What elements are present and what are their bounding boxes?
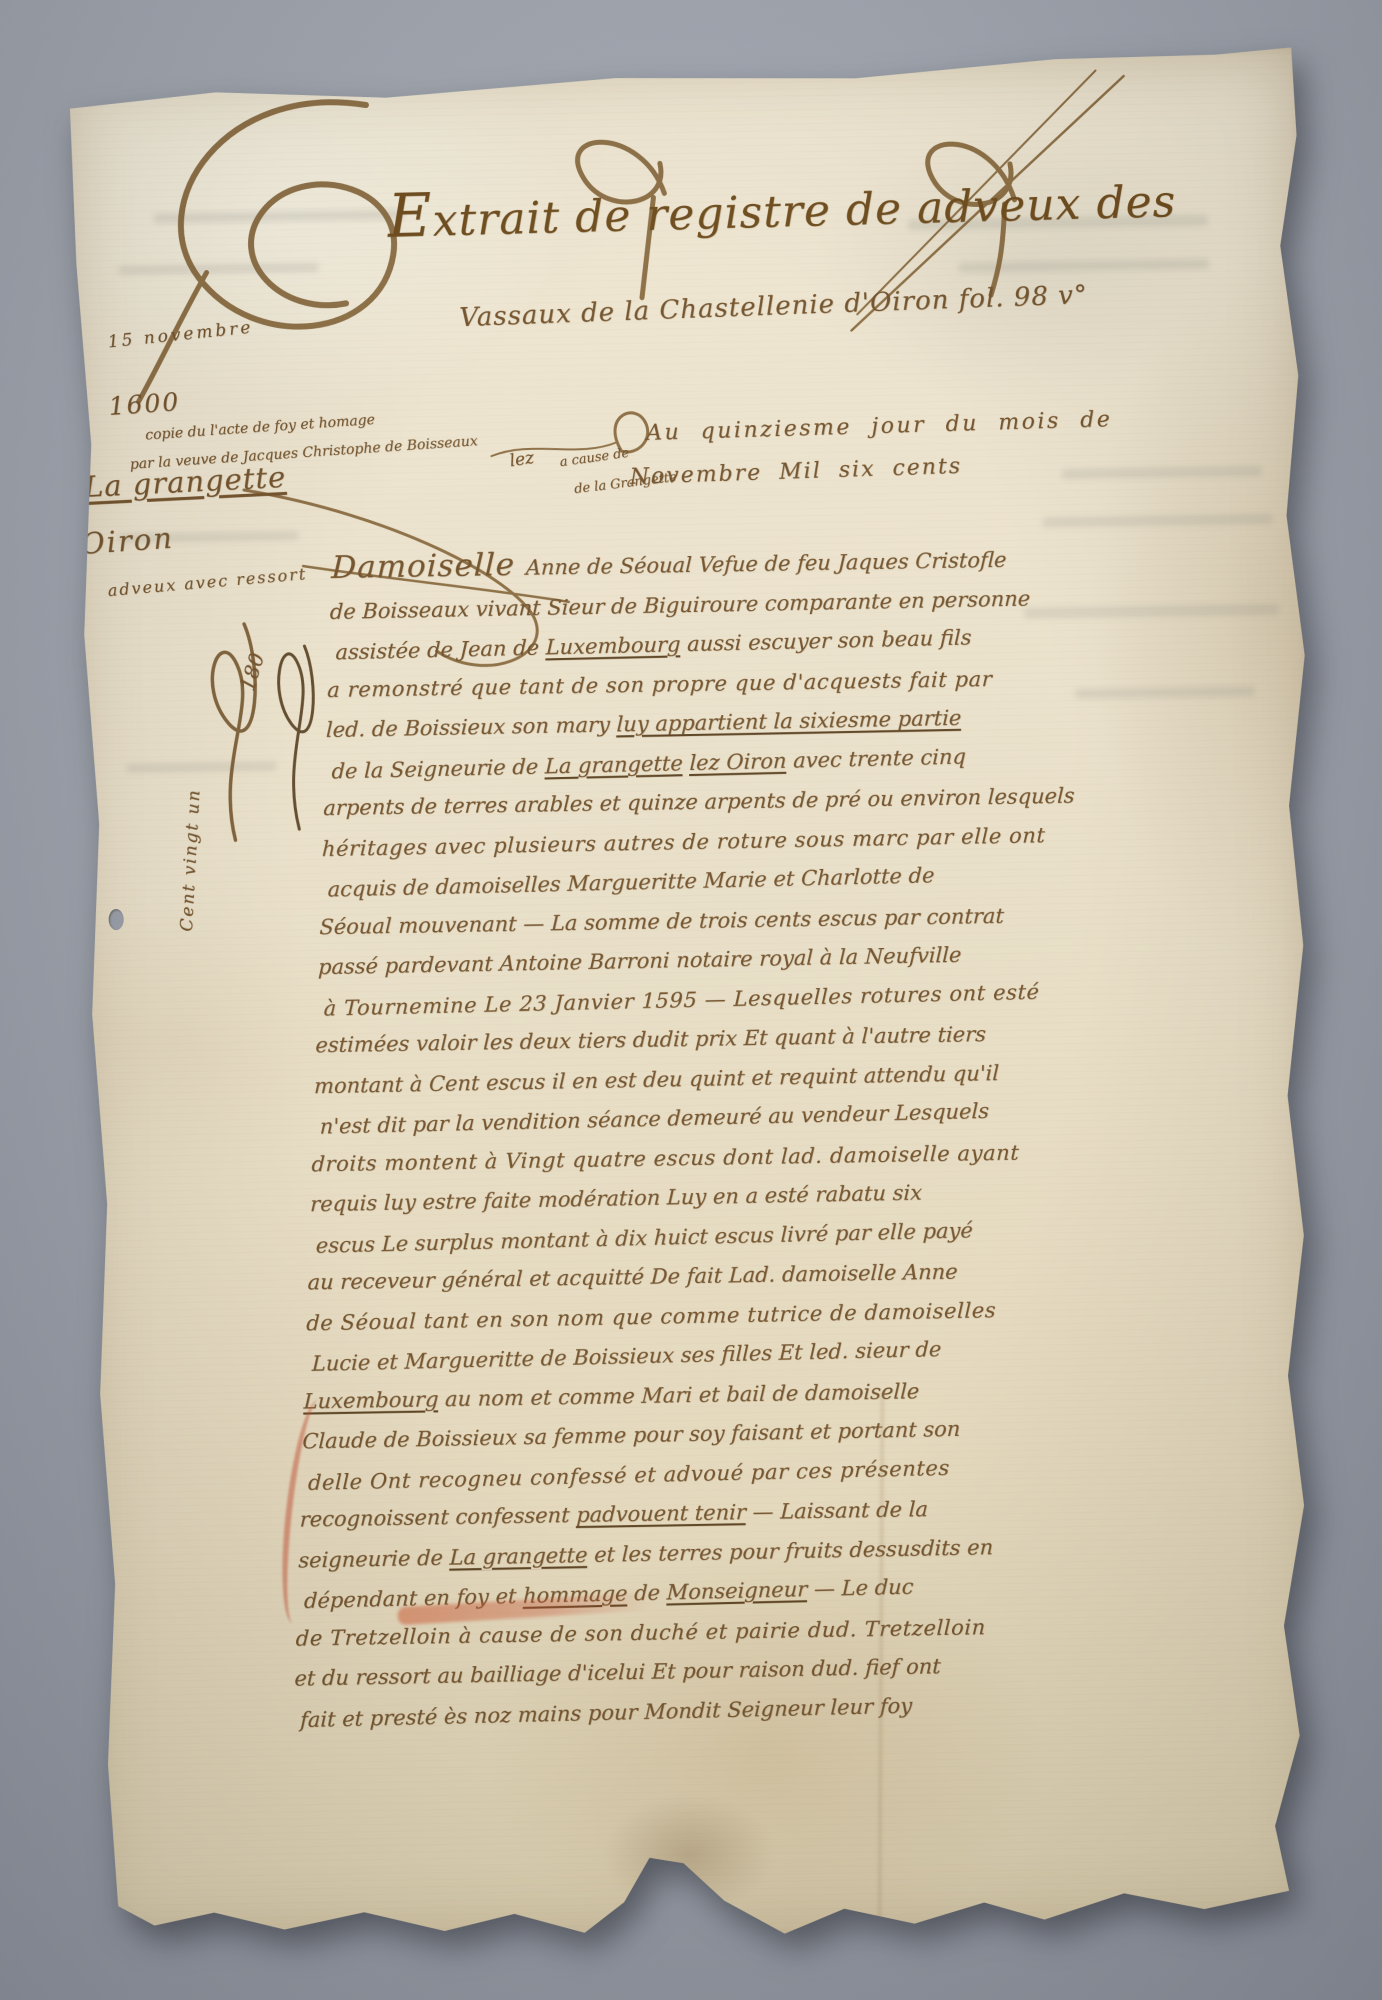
text-segment: arpents de terres arables et quinze arpe… [323,784,1075,820]
text-segment: aussi escuyer son beau fils [680,625,972,656]
margin-date: 15 novembre [107,318,254,353]
underlined-phrase: La grangette [449,1542,588,1569]
text-segment: estimées valoir les deux tiers dudit pri… [315,1022,986,1057]
photograph-of-manuscript: { "document": { "kind": "manuscript extr… [0,0,1382,2000]
margin-place-secondary: Oiron [80,521,175,561]
margin-vertical-note: Cent vingt un [177,788,205,932]
text-segment: delle Ont recogneu confessé et advoué pa… [308,1455,951,1494]
text-segment: et les terres pour fruits dessusdits en [587,1535,993,1567]
underlined-phrase: Monseigneur [666,1577,807,1604]
opening-line1: Au quinziesme jour du mois de [646,407,1113,446]
text-segment: droits montent à Vingt quatre escus dont… [311,1140,1020,1176]
text-segment: passé pardevant Antoine Barroni notaire … [318,943,962,979]
margin-type-note: adveux avec ressort [107,564,308,600]
text-segment: — Laissant de la [746,1497,929,1524]
bleed-through-line [126,762,276,773]
text-segment: assistée de Jean de [335,635,546,664]
text-segment: — Le duc [807,1575,914,1602]
bleed-through-line [1024,604,1279,619]
margin-cause-line1: a cause de [559,446,630,470]
manuscript-page: Extrait de registre de adveux des Vassau… [55,45,1329,1949]
bleed-through-line [958,259,1208,273]
manuscript-page-wrap: Extrait de registre de adveux des Vassau… [55,45,1329,1949]
margin-year: 1600 [108,387,181,421]
underlined-phrase: lez Oiron [689,748,787,774]
margin-note-line1: copie du l'acte de foy et homage [145,412,376,444]
text-segment: Claude de Boissieux sa femme pour soy fa… [302,1417,961,1454]
text-segment: au receveur général et acquitté De fait … [307,1260,958,1295]
body-text: Damoiselle Anne de Séoual Vefue de feu J… [292,536,1055,1739]
margin-paraph-2 [278,646,315,830]
bleed-through-line [154,209,404,223]
margin-numeral: 180 [235,650,269,694]
worm-hole [109,909,124,930]
text-segment: recognoissent confessent [299,1503,576,1532]
margin-lez: lez [508,448,535,472]
underlined-phrase: La grangette [545,751,684,778]
text-segment: escus Le surplus montant à dix huict esc… [315,1218,973,1257]
underlined-phrase: luy appartient la sixiesme partie [616,706,962,737]
text-segment: Anne de Séoual Vefue de feu Jaques Crist… [525,548,1007,580]
document-title: Extrait de registre de adveux des [387,161,1177,252]
text-segment: Damoiselle [331,547,527,586]
bleed-through-line [118,263,318,275]
bottom-tear-shadow [603,1794,775,1917]
text-segment: de la Seigneurie de [331,754,545,783]
text-segment: led. de Boissieux son mary [326,712,617,742]
text-segment: au nom et comme Mari et bail de damoisel… [438,1379,920,1411]
margin-place-name: La grangette [83,460,287,504]
text-segment: avec trente cinq [786,744,966,772]
text-segment: requis luy estre faite modération Luy en… [310,1181,923,1217]
text-segment: montant à Cent escus il en est deu quint… [314,1061,1000,1098]
text-segment: de Boisseaux vivant Sieur de Biguiroure … [329,586,1030,623]
text-segment: Séoual mouvenant — La somme de trois cen… [319,903,1004,938]
text-segment: héritages avec plusieurs autres de rotur… [322,823,1046,861]
underlined-phrase: Luxembourg [545,632,680,659]
bleed-through-line [1075,686,1255,699]
bleed-through-line [1062,466,1262,479]
bleed-through-line [1043,514,1273,528]
document-subtitle: Vassaux de la Chastellenie d'Oiron fol. … [459,280,1089,333]
text-segment: a remonstré que tant de son propre que d… [327,666,993,701]
text-segment: Lucie et Margueritte de Boissieux ses fi… [312,1337,942,1376]
text-segment: de Séoual tant en son nom que comme tutr… [306,1298,997,1335]
text-segment: acquis de damoiselles Margueritte Marie … [327,863,934,901]
underlined-phrase: padvouent tenir [576,1500,747,1527]
text-segment: et du ressort au bailliage d'icelui Et p… [294,1654,941,1690]
text-segment: fait et presté ès noz mains pour Mondit … [300,1693,913,1731]
opening-line2: Novembre Mil six cents [629,454,962,490]
text-segment: n'est dit par la vendition séance demeur… [319,1099,989,1139]
